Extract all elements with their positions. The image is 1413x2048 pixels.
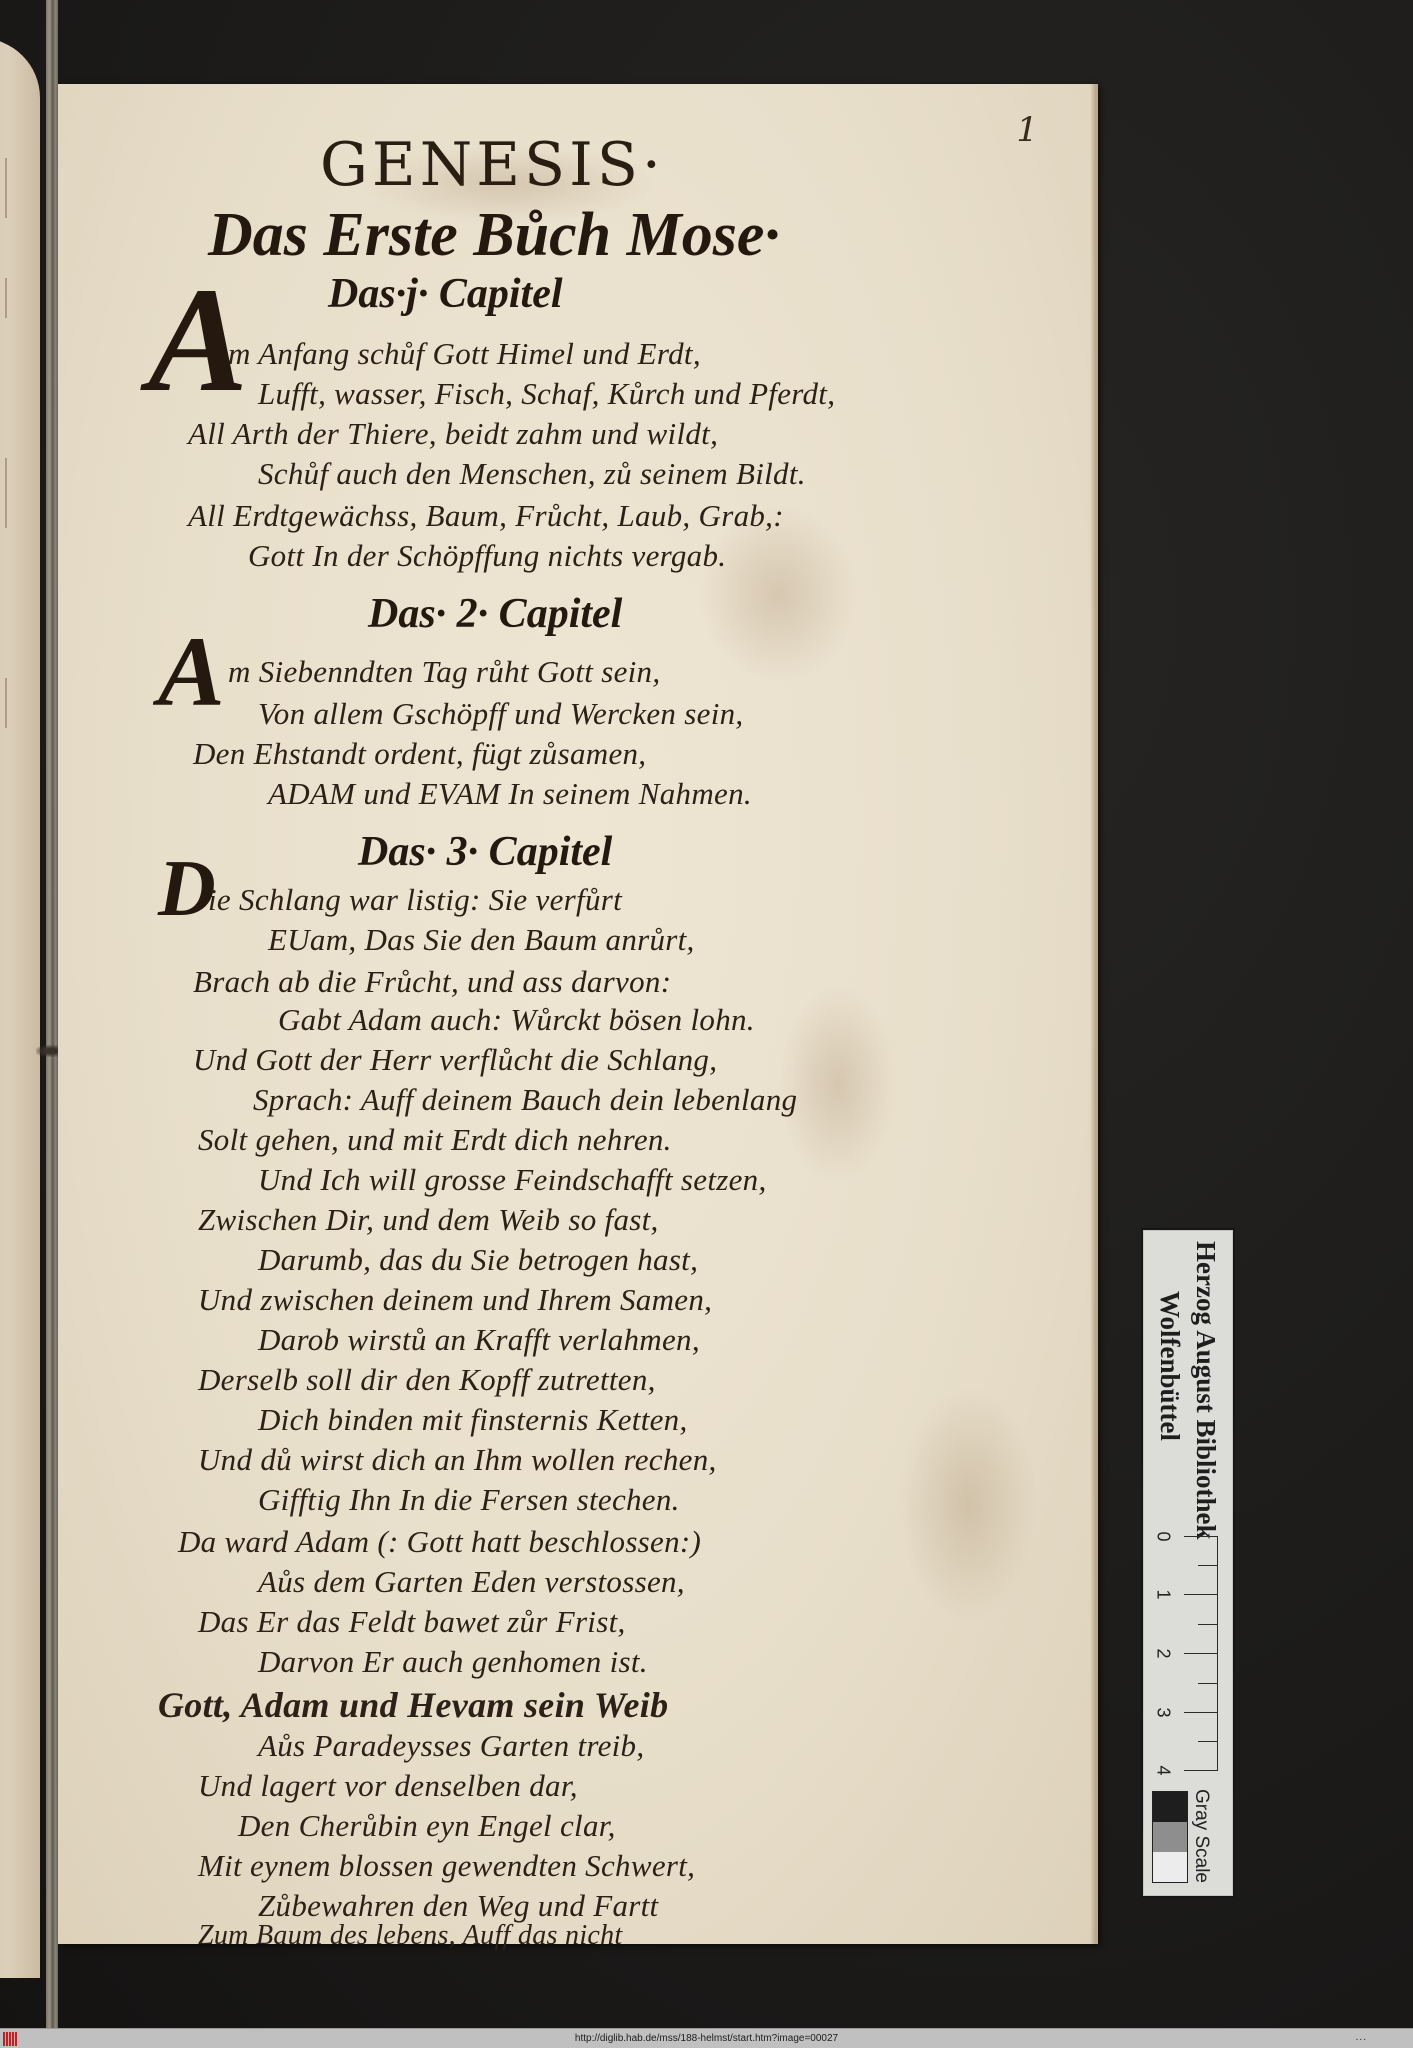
chapter-2-initial: A bbox=[158, 614, 225, 729]
ruler-label: 0 bbox=[1153, 1531, 1174, 1541]
institution-name: Herzog August Bibliothek bbox=[1190, 1241, 1221, 1540]
text-line: Aůs Paradeysses Garten treib, bbox=[258, 1728, 644, 1764]
status-bar: http://diglib.hab.de/mss/188-helmst/star… bbox=[0, 2028, 1413, 2048]
more-indicator: ... bbox=[1356, 2032, 1367, 2043]
image-viewer: 1 GENESIS· Das Erste Bůch Mose· Das·j· C… bbox=[0, 0, 1413, 2028]
text-line: Und zwischen deinem und Ihrem Samen, bbox=[198, 1282, 712, 1318]
text-line: Darvon Er auch genhomen ist. bbox=[258, 1644, 648, 1680]
text-line: Aůs dem Garten Eden verstossen, bbox=[258, 1564, 685, 1600]
text-line: Gott, Adam und Hevam sein Weib bbox=[158, 1684, 668, 1726]
text-line: All Erdtgewächss, Baum, Frůcht, Laub, Gr… bbox=[188, 498, 784, 534]
text-line: Solt gehen, und mit Erdt dich nehren. bbox=[198, 1122, 672, 1158]
text-line: Dich binden mit finsternis Ketten, bbox=[258, 1402, 688, 1438]
text-line: Und Gott der Herr verflůcht die Schlang, bbox=[193, 1042, 717, 1078]
text-line: Da ward Adam (: Gott hatt beschlossen:) bbox=[178, 1524, 701, 1560]
institution-city: Wolfenbüttel bbox=[1154, 1291, 1185, 1441]
manuscript-title: GENESIS· bbox=[320, 130, 665, 200]
text-line: Gott In der Schöpffung nichts vergab. bbox=[248, 538, 726, 574]
text-line: Sprach: Auff deinem Bauch dein lebenlang bbox=[253, 1082, 797, 1118]
text-line: m Anfang schůf Gott Himel und Erdt, bbox=[228, 336, 701, 372]
ruler-label: 1 bbox=[1153, 1589, 1174, 1599]
ruler-label: 2 bbox=[1153, 1648, 1174, 1658]
facing-page-edge bbox=[0, 38, 40, 1978]
text-line: Gifftig Ihn In die Fersen stechen. bbox=[258, 1482, 680, 1518]
text-line: Den Ehstandt ordent, fügt zůsamen, bbox=[193, 736, 646, 772]
chapter-2-heading: Das· 2· Capitel bbox=[368, 590, 622, 638]
text-line: ie Schlang war listig: Sie verfůrt bbox=[208, 882, 622, 918]
text-line: Gabt Adam auch: Wůrckt bösen lohn. bbox=[278, 1002, 755, 1038]
text-line: Und lagert vor denselben dar, bbox=[198, 1768, 578, 1804]
book-title: Das Erste Bůch Mose· bbox=[208, 200, 780, 271]
text-line: Und dů wirst dich an Ihm wollen rechen, bbox=[198, 1442, 717, 1478]
grayscale-patch bbox=[1152, 1791, 1188, 1883]
text-line: Zůbewahren den Weg und Fartt bbox=[258, 1888, 658, 1924]
text-line: Derselb soll dir den Kopff zutretten, bbox=[198, 1362, 656, 1398]
text-line: Mit eynem blossen gewendten Schwert, bbox=[198, 1848, 695, 1884]
text-line: Das Er das Feldt bawet zůr Frist, bbox=[198, 1604, 626, 1640]
text-line: ADAM und EVAM In seinem Nahmen. bbox=[268, 776, 752, 812]
text-line: Lufft, wasser, Fisch, Schaf, Kůrch und P… bbox=[258, 376, 835, 412]
text-line: Brach ab die Frůcht, und ass darvon: bbox=[193, 964, 671, 1000]
text-line: Darob wirstů an Krafft verlahmen, bbox=[258, 1322, 700, 1358]
scale-target-card: Herzog August Bibliothek Wolfenbüttel 0 … bbox=[1143, 1230, 1233, 1896]
text-line: Von allem Gschöpff und Wercken sein, bbox=[258, 696, 743, 732]
status-url[interactable]: http://diglib.hab.de/mss/188-helmst/star… bbox=[0, 2033, 1413, 2044]
text-line: Den Cherůbin eyn Engel clar, bbox=[238, 1808, 616, 1844]
text-line: Und Ich will grosse Feindschafft setzen, bbox=[258, 1162, 767, 1198]
ruler-label: 4 bbox=[1153, 1765, 1174, 1775]
text-line: Darumb, das du Sie betrogen hast, bbox=[258, 1242, 698, 1278]
grayscale-label: Gray Scale bbox=[1190, 1789, 1212, 1883]
book-cradle-rod bbox=[46, 0, 58, 2028]
ruler-label: 3 bbox=[1153, 1707, 1174, 1717]
folio-number: 1 bbox=[1016, 110, 1038, 150]
text-line: EUam, Das Sie den Baum anrůrt, bbox=[268, 922, 695, 958]
text-line: m Siebenndten Tag růht Gott sein, bbox=[228, 654, 660, 690]
text-line: Schůf auch den Menschen, zů seinem Bildt… bbox=[258, 456, 806, 492]
text-line: All Arth der Thiere, beidt zahm und wild… bbox=[188, 416, 718, 452]
text-line: Zum Baum des lebens, Auff das nicht bbox=[198, 1920, 623, 1952]
chapter-1-heading: Das·j· Capitel bbox=[328, 270, 563, 318]
manuscript-page: 1 GENESIS· Das Erste Bůch Mose· Das·j· C… bbox=[58, 84, 1096, 1944]
ruler-icon: 0 1 2 3 4 bbox=[1174, 1536, 1218, 1771]
text-line: Zwischen Dir, und dem Weib so fast, bbox=[198, 1202, 659, 1238]
chapter-3-heading: Das· 3· Capitel bbox=[358, 828, 612, 876]
